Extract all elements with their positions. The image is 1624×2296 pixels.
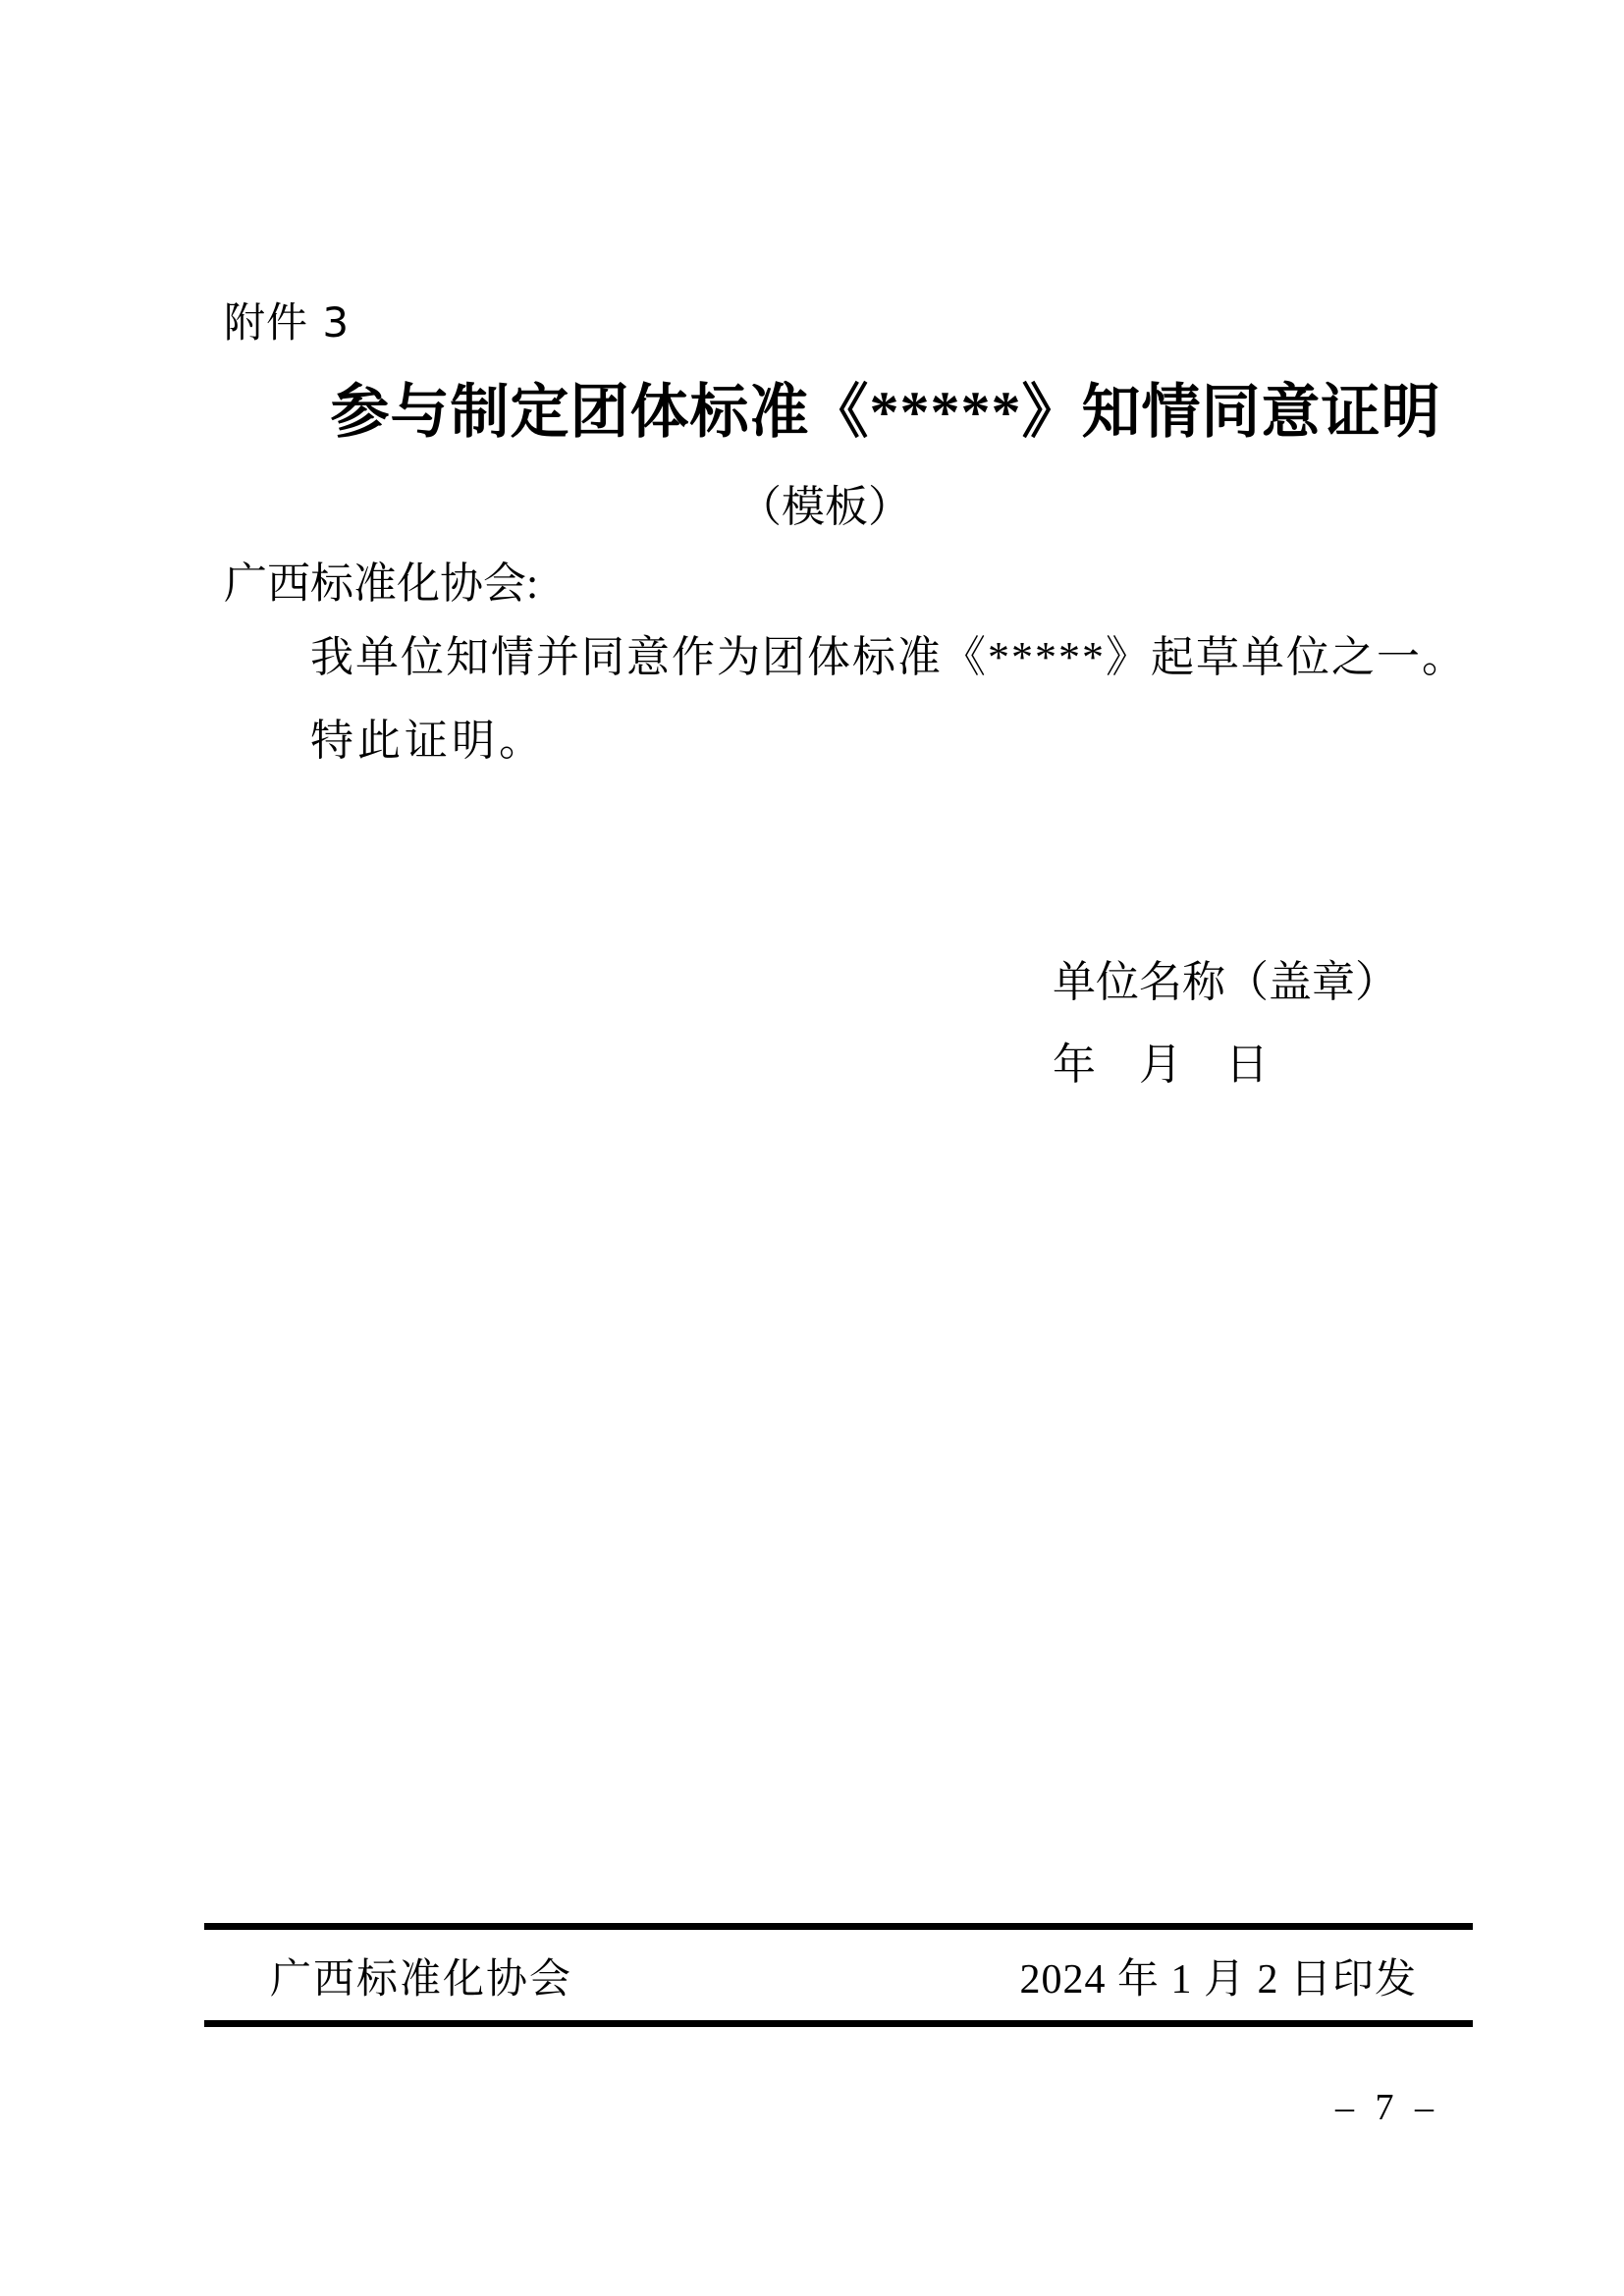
footer-print-date: 2024 年 1 月 2 日印发 — [1019, 1957, 1417, 2002]
footer-bottom-rule — [204, 2020, 1473, 2027]
body-paragraph-consent: 我单位知情并同意作为团体标准《*****》起草单位之一。 — [310, 633, 1467, 683]
document-page: 附件 3 参与制定团体标准《*****》知情同意证明 （模板） 广西标准化协会:… — [0, 0, 1624, 2296]
page-number: – 7 – — [1335, 2087, 1439, 2130]
signature-unit-name-line: 单位名称（盖章） — [1053, 958, 1398, 1008]
document-subtitle: （模板） — [0, 483, 1624, 533]
document-title: 参与制定团体标准《*****》知情同意证明 — [0, 379, 1624, 447]
attachment-label: 附件 3 — [224, 300, 350, 346]
footer-row: 广西标准化协会 2024 年 1 月 2 日印发 — [204, 1957, 1473, 2002]
footer-issuer: 广西标准化协会 — [270, 1957, 572, 2002]
signature-date-line: 年 月 日 — [1053, 1041, 1269, 1091]
footer-top-rule — [204, 1923, 1473, 1930]
salutation-line: 广西标准化协会: — [224, 560, 538, 610]
body-paragraph-closing: 特此证明。 — [310, 717, 546, 767]
